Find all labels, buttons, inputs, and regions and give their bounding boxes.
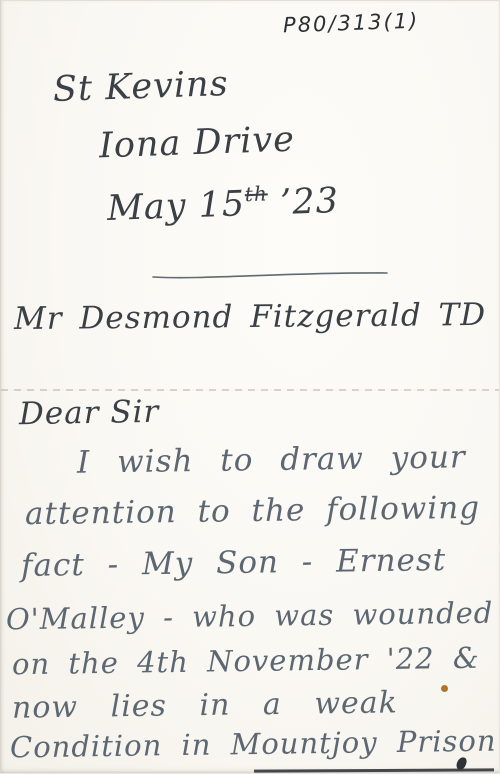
body-line-2: attention to the following xyxy=(25,490,481,532)
address-line-2: Iona Drive xyxy=(98,120,295,167)
archive-reference: P80/313(1) xyxy=(283,9,420,38)
handwritten-divider-line xyxy=(151,266,391,282)
fold-crease xyxy=(1,389,499,391)
foxing-spot xyxy=(441,685,448,692)
scanned-letter: P80/313(1) St Kevins Iona Drive May 15th… xyxy=(0,0,500,774)
letter-paper: P80/313(1) St Kevins Iona Drive May 15th… xyxy=(0,0,499,773)
date-year: ’23 xyxy=(280,181,340,223)
body-line-1: I wish to draw your xyxy=(77,439,466,480)
body-line-5: on the 4th November '22 & xyxy=(12,641,480,682)
address-line-1: St Kevins xyxy=(52,64,229,110)
body-line-4: O'Malley - who was wounded xyxy=(6,596,494,637)
body-line-3: fact - My Son - Ernest xyxy=(21,542,447,584)
body-line-6: now lies in a weak xyxy=(12,685,398,725)
recipient-line: Mr Desmond Fitzgerald TD xyxy=(14,297,484,337)
date-day: May 15 xyxy=(106,184,245,229)
date-line: May 15th ’23 xyxy=(106,179,339,229)
salutation: Dear Sir xyxy=(19,394,160,432)
date-ordinal: th xyxy=(244,181,268,206)
body-line-7: Condition in Mountjoy Prison xyxy=(10,724,497,765)
